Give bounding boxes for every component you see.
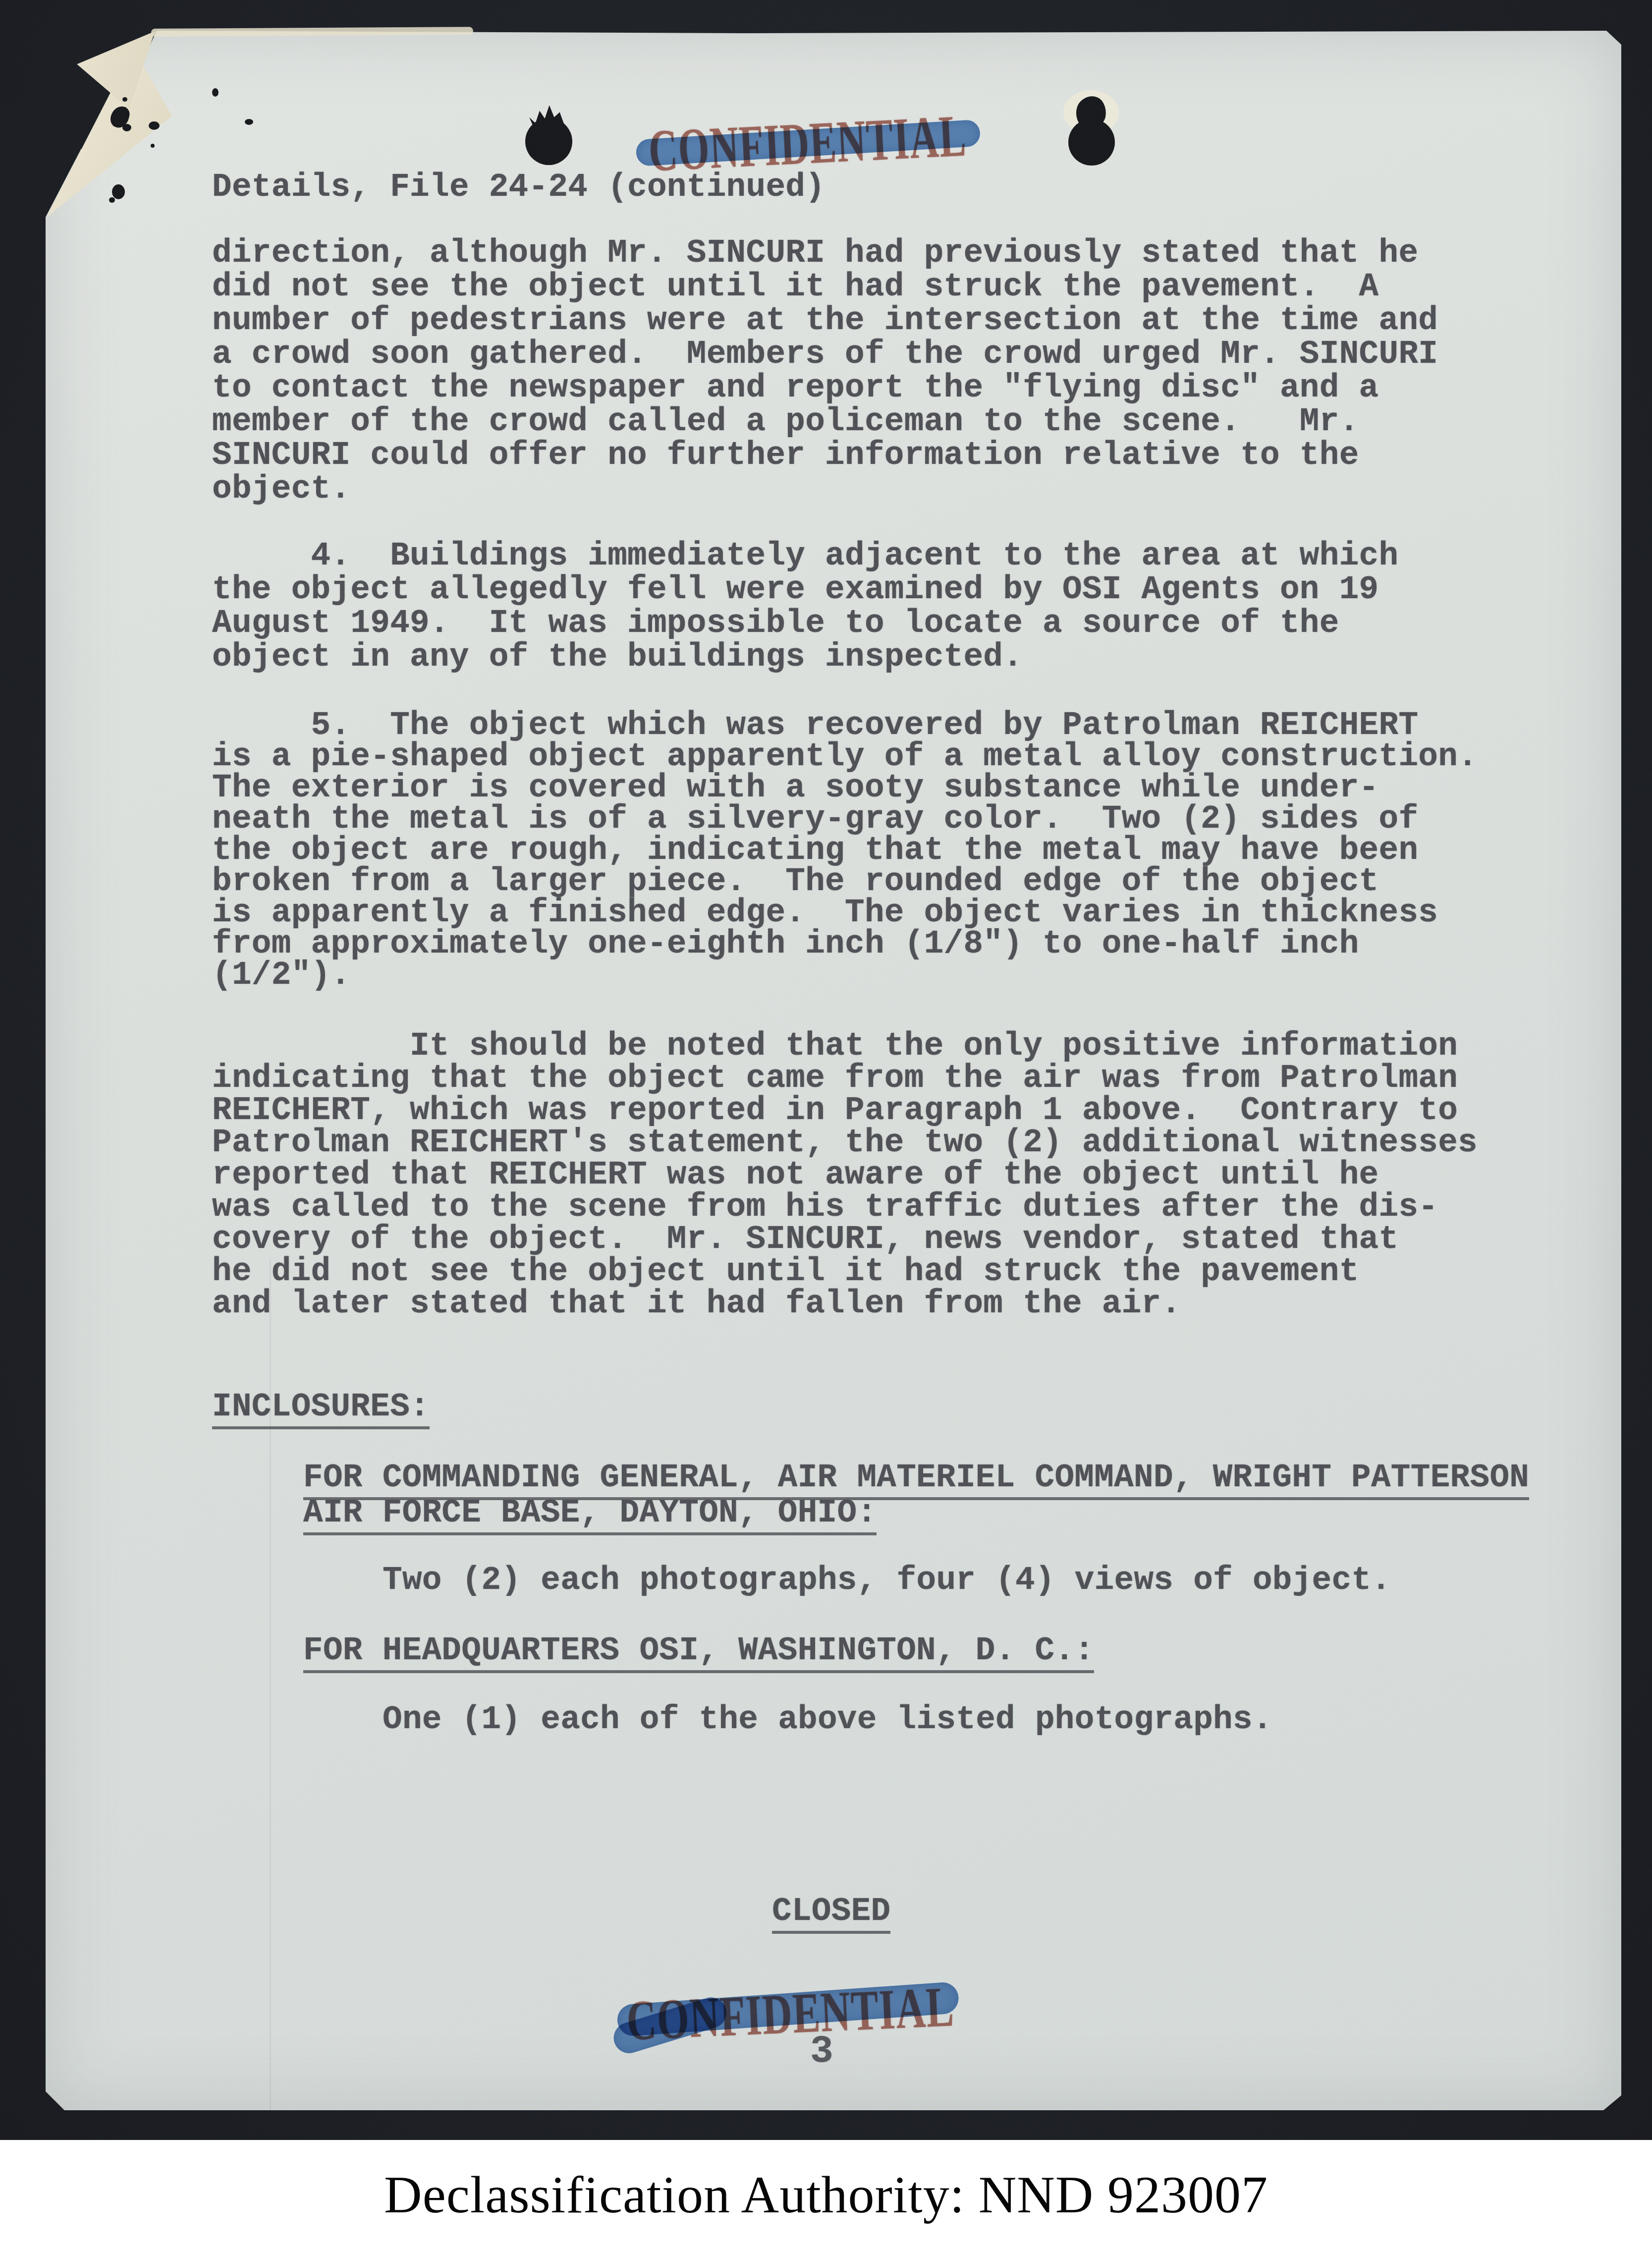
paragraph-5: 5. The object which was recovered by Pat… (212, 710, 1478, 991)
amc-heading-line2-label: AIR FORCE BASE, DAYTON, OHIO: (303, 1496, 877, 1535)
page-number: 3 (810, 2030, 833, 2074)
declassification-authority-text: Declassification Authority: NND 923007 (384, 2165, 1268, 2225)
paragraph-note: It should be noted that the only positiv… (212, 1030, 1478, 1320)
hole-punch-right (1068, 119, 1115, 166)
inclosure-amc-heading-line2: AIR FORCE BASE, DAYTON, OHIO: (303, 1496, 877, 1535)
paragraph-4: 4. Buildings immediately adjacent to the… (212, 539, 1398, 674)
inclosures-heading-label: INCLOSURES: (212, 1390, 430, 1429)
hole-punch-left (525, 118, 572, 165)
inclosures-heading: INCLOSURES: (212, 1390, 430, 1429)
ink-speck (149, 121, 160, 130)
closed-label: CLOSED (772, 1895, 890, 1934)
declassification-footer: Declassification Authority: NND 923007 (0, 2140, 1652, 2250)
ink-speck (122, 124, 131, 131)
hq-heading-label: FOR HEADQUARTERS OSI, WASHINGTON, D. C.: (303, 1634, 1094, 1673)
torn-top-edge (151, 27, 473, 36)
closed-stamp: CLOSED (772, 1895, 890, 1934)
ink-speck (112, 184, 125, 199)
ink-speck (151, 144, 155, 148)
ink-speck (109, 197, 115, 203)
ink-speck (122, 97, 127, 102)
page-heading: Details, File 24-24 (continued) (212, 170, 825, 204)
ink-speck (245, 119, 253, 125)
inclosure-hq-item: One (1) each of the above listed photogr… (383, 1703, 1272, 1737)
paragraph-continuation: direction, although Mr. SINCURI had prev… (212, 236, 1438, 506)
scanned-document-screenshot: CONFIDENTIAL Details, File 24-24 (contin… (0, 0, 1652, 2250)
inclosure-amc-item: Two (2) each photographs, four (4) views… (383, 1564, 1391, 1597)
ink-speck (212, 88, 219, 97)
inclosure-hq-heading: FOR HEADQUARTERS OSI, WASHINGTON, D. C.: (303, 1634, 1094, 1673)
